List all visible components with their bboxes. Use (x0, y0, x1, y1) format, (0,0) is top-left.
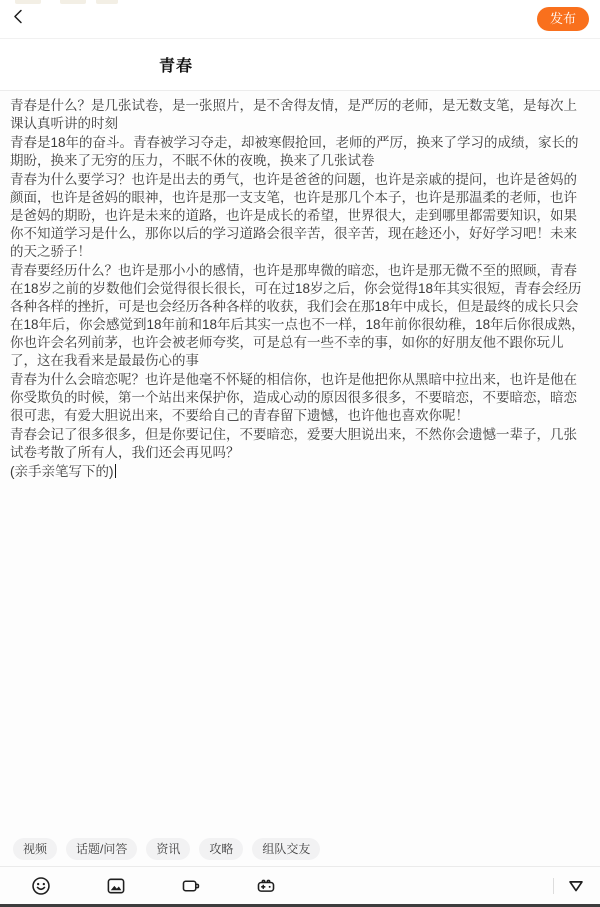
body-paragraph[interactable]: 青春为什么会暗恋呢？也许是他毫不怀疑的相信你，也许是他把你从黑暗中拉出来，也许是… (10, 371, 590, 425)
category-tags-row: 视频 话题/问答 资讯 攻略 组队交友 (0, 835, 600, 866)
body-paragraph[interactable]: 青春是什么？是几张试卷，是一张照片，是不舍得友情，是严厉的老师，是无数支笔，是每… (10, 97, 590, 133)
image-icon[interactable] (104, 874, 128, 898)
tag-topic-qa[interactable]: 话题/问答 (66, 838, 137, 860)
emoji-icon[interactable] (29, 874, 53, 898)
tag-guide[interactable]: 攻略 (199, 838, 243, 860)
tag-news[interactable]: 资讯 (146, 838, 190, 860)
video-icon[interactable] (179, 874, 203, 898)
body-paragraph[interactable]: 青春是18年的奋斗。青春被学习夺走，却被寒假抢回，老师的严厉，换来了学习的成绩，… (10, 134, 590, 170)
text-cursor (115, 464, 117, 478)
top-bar: 发布 (0, 0, 600, 39)
tag-video[interactable]: 视频 (13, 838, 57, 860)
publish-button[interactable]: 发布 (537, 7, 589, 31)
title-field[interactable]: 青春 (0, 39, 600, 91)
back-button[interactable] (10, 5, 38, 33)
tag-team-friends[interactable]: 组队交友 (252, 838, 320, 860)
triangle-down-icon[interactable] (564, 874, 588, 898)
gamepad-icon[interactable] (254, 874, 278, 898)
body-paragraph[interactable]: 青春会记了很多很多，但是你要记住，不要暗恋，爱要大胆说出来，不然你会遗憾一辈子，… (10, 426, 590, 462)
body-paragraph[interactable]: 青春为什么要学习？也许是出去的勇气，也许是爸爸的问题，也许是亲戚的提问，也许是爸… (10, 171, 590, 261)
body-paragraph-text[interactable]: (亲手亲笔写下的) (10, 464, 114, 479)
editor-toolbar (0, 866, 600, 904)
post-body-editor[interactable]: 青春是什么？是几张试卷，是一张照片，是不舍得友情，是严厉的老师，是无数支笔，是每… (0, 91, 600, 835)
post-title[interactable]: 青春 (159, 53, 193, 76)
body-paragraph[interactable]: (亲手亲笔写下的) (10, 463, 590, 481)
chevron-left-icon (10, 8, 27, 30)
body-paragraph[interactable]: 青春要经历什么？也许是那小小的感情，也许是那卑微的暗恋，也许是那无微不至的照顾，… (10, 262, 590, 370)
toolbar-divider (553, 878, 554, 894)
